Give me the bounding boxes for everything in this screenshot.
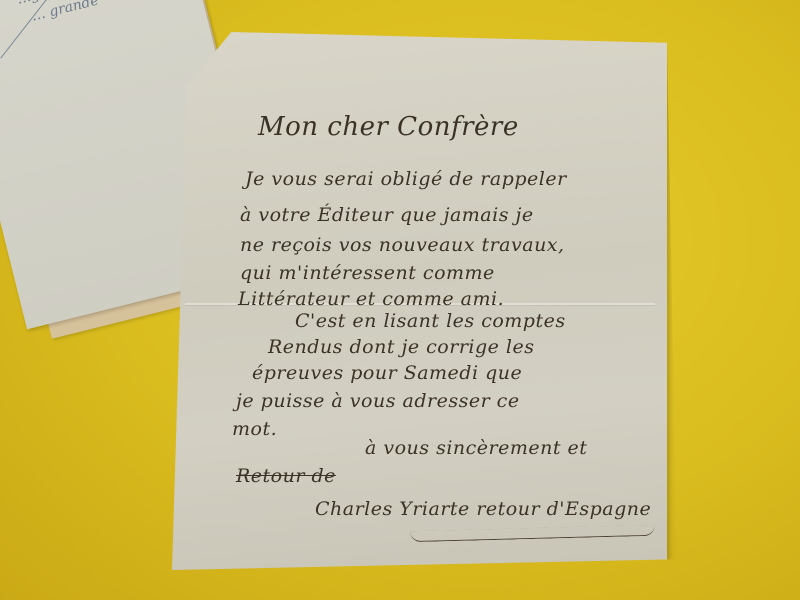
letter-line: je puisse à vous adresser ce [236,390,520,412]
letter-line: qui m'intéressent comme [240,262,495,284]
struck-through-text: Retour de [236,465,336,487]
letter-line: Littérateur et comme ami. [238,288,504,310]
letter-line: C'est en lisant les comptes [295,310,566,332]
pencil-note: … grande [30,0,101,25]
letter-signature: Charles Yriarte retour d'Espagne [315,498,651,520]
letter-line: ne reçois vos nouveaux travaux, [240,234,565,256]
letter-closing: à vous sincèrement et [365,437,587,459]
letter-salutation: Mon cher Confrère [258,112,519,142]
letter-line: Rendus dont je corrige les [268,336,535,358]
letter-line: Je vous serai obligé de rappeler [245,168,567,190]
letter-line: mot. [232,418,277,440]
letter-line: épreuves pour Samedi que [252,362,522,384]
letter-line: à votre Éditeur que jamais je [240,204,534,226]
